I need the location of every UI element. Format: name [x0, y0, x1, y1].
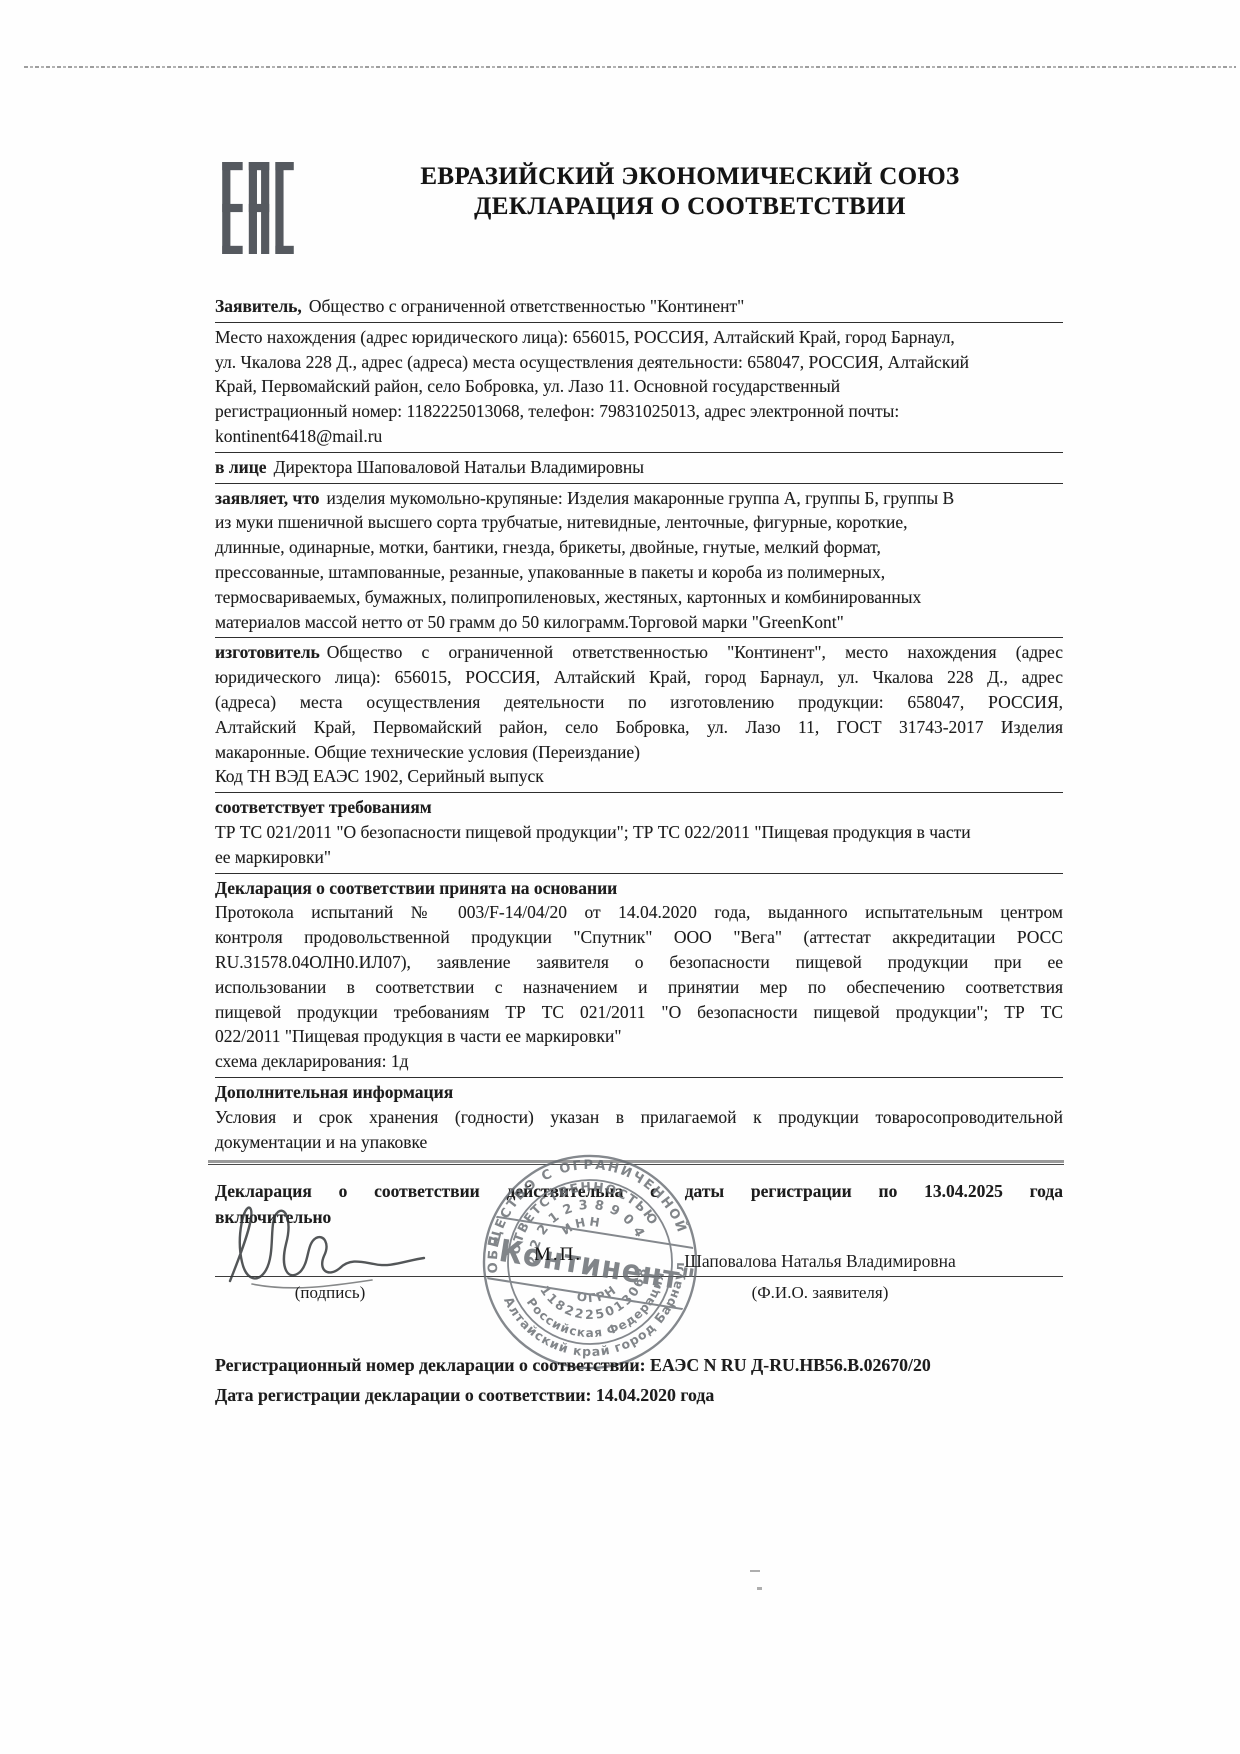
section-applicant: Заявитель,Общество с ограниченной ответс… [215, 292, 1063, 323]
document-title: ЕВРАЗИЙСКИЙ ЭКОНОМИЧЕСКИЙ СОЮЗ ДЕКЛАРАЦИ… [340, 162, 1040, 222]
scan-noise-line [24, 66, 1236, 68]
eac-logo-icon [222, 162, 294, 259]
section-compliance: соответствует требованиям ТР ТС 021/2011… [215, 793, 1063, 873]
title-line-declaration: ДЕКЛАРАЦИЯ О СООТВЕТСТВИИ [340, 192, 1040, 222]
manufacturer-first-text: Общество с ограниченной ответственностью… [327, 642, 1063, 662]
compliance-header: соответствует требованиям [215, 797, 432, 817]
stamp-place-mark: М.П. [534, 1244, 582, 1266]
scan-speck [750, 1570, 760, 1572]
section-declared-products: заявляет, чтоизделия мукомольно-крупяные… [215, 484, 1063, 639]
section-manufacturer: изготовительОбщество с ограниченной отве… [215, 638, 1063, 793]
person-label: в лице [215, 457, 267, 477]
declares-first-line: заявляет, чтоизделия мукомольно-крупяные… [215, 486, 1063, 511]
section-applicant-address: Место нахождения (адрес юридического лиц… [215, 323, 1063, 453]
fio-caption: (Ф.И.О. заявителя) [650, 1283, 990, 1303]
person-value: Директора Шаповаловой Натальи Владимиров… [274, 457, 644, 477]
manufacturer-lines: юридического лица): 656015, РОССИЯ, Алта… [215, 665, 1063, 764]
declares-lines: из муки пшеничной высшего сорта трубчаты… [215, 510, 1063, 634]
registration-date-line: Дата регистрации декларации о соответств… [215, 1380, 1075, 1410]
document-body: Заявитель,Общество с ограниченной ответс… [215, 292, 1063, 1157]
applicant-value: Общество с ограниченной ответственностью… [309, 296, 744, 316]
declaration-scheme-line: схема декларирования: 1д [215, 1049, 1063, 1074]
title-line-union: ЕВРАЗИЙСКИЙ ЭКОНОМИЧЕСКИЙ СОЮЗ [340, 162, 1040, 192]
basis-lines: Протокола испытаний № 003/F-14/04/20 от … [215, 900, 1063, 1049]
section-basis: Декларация о соответствии принята на осн… [215, 874, 1063, 1078]
applicant-label: Заявитель, [215, 296, 302, 316]
signature-caption: (подпись) [250, 1283, 410, 1303]
section-person: в лицеДиректора Шаповаловой Натальи Влад… [215, 453, 1063, 484]
basis-header: Декларация о соответствии принята на осн… [215, 878, 617, 898]
customs-code-line: Код ТН ВЭД ЕАЭС 1902, Серийный выпуск [215, 764, 1063, 789]
declaration-document-page: ЕВРАЗИЙСКИЙ ЭКОНОМИЧЕСКИЙ СОЮЗ ДЕКЛАРАЦИ… [0, 0, 1240, 1754]
applicant-fio: Шаповалова Наталья Владимировна [600, 1251, 1040, 1272]
manufacturer-first-line: изготовительОбщество с ограниченной отве… [215, 640, 1063, 665]
declares-label: заявляет, что [215, 488, 320, 508]
registration-number-line: Регистрационный номер декларации о соотв… [215, 1350, 1075, 1380]
scan-speck [757, 1587, 762, 1590]
additional-info-header: Дополнительная информация [215, 1082, 453, 1102]
registration-block: Регистрационный номер декларации о соотв… [215, 1350, 1075, 1410]
declares-first-text: изделия мукомольно-крупяные: Изделия мак… [327, 488, 955, 508]
manufacturer-label: изготовитель [215, 642, 320, 662]
compliance-lines: ТР ТС 021/2011 "О безопасности пищевой п… [215, 820, 1063, 870]
